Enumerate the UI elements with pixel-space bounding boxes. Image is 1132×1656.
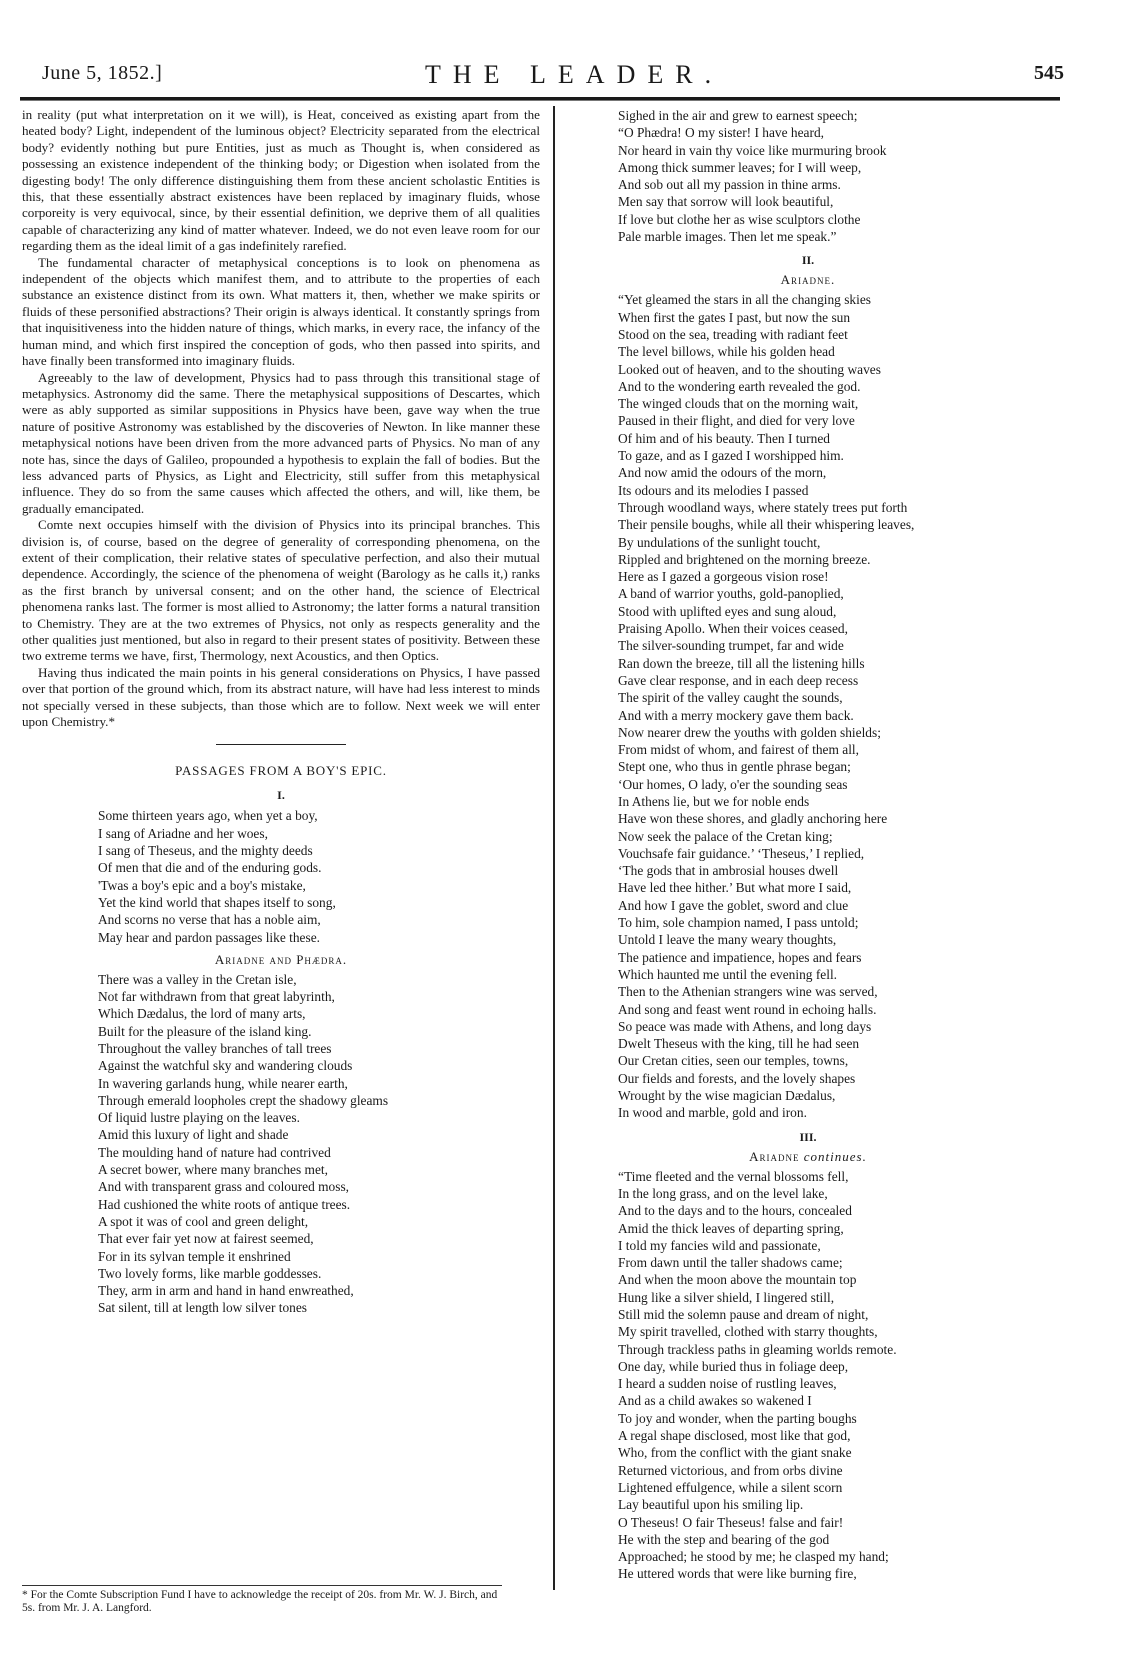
poem-line: I heard a sudden noise of rustling leave… bbox=[618, 1375, 1038, 1392]
poem-line: Lightened effulgence, while a silent sco… bbox=[618, 1479, 1038, 1496]
poem-subtitle: Ariadne and Phædra. bbox=[22, 952, 540, 968]
poem-line: Dwelt Theseus with the king, till he had… bbox=[618, 1035, 1038, 1052]
poem-line: My spirit travelled, clothed with starry… bbox=[618, 1323, 1038, 1340]
poem-stanza: “Yet gleamed the stars in all the changi… bbox=[618, 291, 1038, 1121]
poem-line: Of men that die and of the enduring gods… bbox=[98, 859, 540, 876]
poem-line: Still mid the solemn pause and dream of … bbox=[618, 1306, 1038, 1323]
poem-line: And sob out all my passion in thine arms… bbox=[618, 176, 1038, 193]
poem-line: There was a valley in the Cretan isle, bbox=[98, 971, 540, 988]
poem-line: Which haunted me until the evening fell. bbox=[618, 966, 1038, 983]
paragraph: in reality (put what interpretation on i… bbox=[22, 107, 540, 255]
poem-line: Untold I leave the many weary thoughts, bbox=[618, 931, 1038, 948]
poem-line: Their pensile boughs, while all their wh… bbox=[618, 516, 1038, 533]
poem-line: Amid the thick leaves of departing sprin… bbox=[618, 1220, 1038, 1237]
poem-line: Built for the pleasure of the island kin… bbox=[98, 1023, 540, 1040]
subtitle-main: Ariadne bbox=[749, 1149, 799, 1164]
poem-line: Which Dædalus, the lord of many arts, bbox=[98, 1005, 540, 1022]
left-column: in reality (put what interpretation on i… bbox=[22, 107, 540, 1317]
poem-line: Then to the Athenian strangers wine was … bbox=[618, 983, 1038, 1000]
poem-line: If love but clothe her as wise sculptors… bbox=[618, 211, 1038, 228]
poem-stanza: “Time fleeted and the vernal blossoms fe… bbox=[618, 1168, 1038, 1583]
poem-line: In wavering garlands hung, while nearer … bbox=[98, 1075, 540, 1092]
footnote: * For the Comte Subscription Fund I have… bbox=[22, 1589, 502, 1615]
poem-line: I sang of Theseus, and the mighty deeds bbox=[98, 842, 540, 859]
poem-line: Now seek the palace of the Cretan king; bbox=[618, 828, 1038, 845]
poem-line: Its odours and its melodies I passed bbox=[618, 482, 1038, 499]
poem-subtitle: Ariadne. bbox=[598, 272, 1018, 288]
masthead: June 5, 1852.] THE LEADER. 545 bbox=[20, 62, 1060, 98]
poem-line: Through emerald loopholes crept the shad… bbox=[98, 1092, 540, 1109]
poem-line: Who, from the conflict with the giant sn… bbox=[618, 1444, 1038, 1461]
poem-stanza: Some thirteen years ago, when yet a boy,… bbox=[22, 807, 540, 945]
poem-line: And song and feast went round in echoing… bbox=[618, 1001, 1038, 1018]
poem-line: When first the gates I past, but now the… bbox=[618, 309, 1038, 326]
poem-line: Through trackless paths in gleaming worl… bbox=[618, 1341, 1038, 1358]
poem-line: Have led thee hither.’ But what more I s… bbox=[618, 879, 1038, 896]
poem-line: And as a child awakes so wakened I bbox=[618, 1392, 1038, 1409]
poem-line: Had cushioned the white roots of antique… bbox=[98, 1196, 540, 1213]
poem-title: PASSAGES FROM A BOY'S EPIC. bbox=[22, 763, 540, 779]
poem-stanza: Sighed in the air and grew to earnest sp… bbox=[618, 107, 1038, 245]
page-number: 545 bbox=[1034, 62, 1064, 85]
poem-line: So peace was made with Athens, and long … bbox=[618, 1018, 1038, 1035]
poem-line: And scorns no verse that has a noble aim… bbox=[98, 911, 540, 928]
poem-line: He with the step and bearing of the god bbox=[618, 1531, 1038, 1548]
poem-line: He uttered words that were like burning … bbox=[618, 1565, 1038, 1582]
poem-line: A regal shape disclosed, most like that … bbox=[618, 1427, 1038, 1444]
poem-line: Through woodland ways, where stately tre… bbox=[618, 499, 1038, 516]
poem-line: Men say that sorrow will look beautiful, bbox=[618, 193, 1038, 210]
poem-line: “Time fleeted and the vernal blossoms fe… bbox=[618, 1168, 1038, 1185]
poem-line: Stept one, who thus in gentle phrase beg… bbox=[618, 758, 1038, 775]
poem-line: To gaze, and as I gazed I worshipped him… bbox=[618, 447, 1038, 464]
poem-line: Lay beautiful upon his smiling lip. bbox=[618, 1496, 1038, 1513]
poem-line: They, arm in arm and hand in hand enwrea… bbox=[98, 1282, 540, 1299]
poem-line: Stood with uplifted eyes and sung aloud, bbox=[618, 603, 1038, 620]
poem-line: Not far withdrawn from that great labyri… bbox=[98, 988, 540, 1005]
poem-line: Sat silent, till at length low silver to… bbox=[98, 1299, 540, 1316]
poem-line: Vouchsafe fair guidance.’ ‘Theseus,’ I r… bbox=[618, 845, 1038, 862]
poem-line: Have won these shores, and gladly anchor… bbox=[618, 810, 1038, 827]
paragraph: Having thus indicated the main points in… bbox=[22, 665, 540, 731]
poem-line: Our fields and forests, and the lovely s… bbox=[618, 1070, 1038, 1087]
newspaper-title: THE LEADER. bbox=[425, 60, 723, 90]
poem-line: The winged clouds that on the morning wa… bbox=[618, 395, 1038, 412]
poem-line: Nor heard in vain thy voice like murmuri… bbox=[618, 142, 1038, 159]
poem-line: Hung like a silver shield, I lingered st… bbox=[618, 1289, 1038, 1306]
subtitle-italic: continues. bbox=[804, 1149, 867, 1164]
poem-line: And how I gave the goblet, sword and clu… bbox=[618, 897, 1038, 914]
poem-line: Wrought by the wise magician Dædalus, bbox=[618, 1087, 1038, 1104]
issue-date: June 5, 1852.] bbox=[42, 62, 162, 85]
poem-line: From dawn until the taller shadows came; bbox=[618, 1254, 1038, 1271]
poem-line: Our Cretan cities, seen our temples, tow… bbox=[618, 1052, 1038, 1069]
poem-line: Throughout the valley branches of tall t… bbox=[98, 1040, 540, 1057]
section-divider bbox=[216, 744, 346, 745]
poem-line: To him, sole champion named, I pass unto… bbox=[618, 914, 1038, 931]
poem-line: For in its sylvan temple it enshrined bbox=[98, 1248, 540, 1265]
poem-line: Amid this luxury of light and shade bbox=[98, 1126, 540, 1143]
poem-line: And to the days and to the hours, concea… bbox=[618, 1202, 1038, 1219]
poem-line: Yet the kind world that shapes itself to… bbox=[98, 894, 540, 911]
poem-line: Praising Apollo. When their voices cease… bbox=[618, 620, 1038, 637]
poem-line: I sang of Ariadne and her woes, bbox=[98, 825, 540, 842]
poem-line: The level billows, while his golden head bbox=[618, 343, 1038, 360]
poem-subtitle: Ariadne continues. bbox=[598, 1149, 1018, 1165]
poem-line: By undulations of the sunlight toucht, bbox=[618, 534, 1038, 551]
poem-line: The silver-sounding trumpet, far and wid… bbox=[618, 637, 1038, 654]
poem-line: The patience and impatience, hopes and f… bbox=[618, 949, 1038, 966]
poem-line: Some thirteen years ago, when yet a boy, bbox=[98, 807, 540, 824]
right-column: Sighed in the air and grew to earnest sp… bbox=[618, 107, 1038, 1583]
poem-line: O Theseus! O fair Theseus! false and fai… bbox=[618, 1514, 1038, 1531]
poem-line: 'Twas a boy's epic and a boy's mistake, bbox=[98, 877, 540, 894]
poem-line: In wood and marble, gold and iron. bbox=[618, 1104, 1038, 1121]
poem-line: And now amid the odours of the morn, bbox=[618, 464, 1038, 481]
poem-line: Pale marble images. Then let me speak.” bbox=[618, 228, 1038, 245]
poem-line: Two lovely forms, like marble goddesses. bbox=[98, 1265, 540, 1282]
poem-line: Sighed in the air and grew to earnest sp… bbox=[618, 107, 1038, 124]
paragraph: Comte next occupies himself with the div… bbox=[22, 517, 540, 665]
part-number: III. bbox=[598, 1130, 1018, 1145]
poem-line: “O Phædra! O my sister! I have heard, bbox=[618, 124, 1038, 141]
poem-line: Stood on the sea, treading with radiant … bbox=[618, 326, 1038, 343]
poem-line: From midst of whom, and fairest of them … bbox=[618, 741, 1038, 758]
part-number: I. bbox=[22, 788, 540, 803]
part-number: II. bbox=[598, 253, 1018, 268]
paragraph: The fundamental character of metaphysica… bbox=[22, 255, 540, 370]
poem-line: “Yet gleamed the stars in all the changi… bbox=[618, 291, 1038, 308]
poem-line: Paused in their flight, and died for ver… bbox=[618, 412, 1038, 429]
poem-line: Returned victorious, and from orbs divin… bbox=[618, 1462, 1038, 1479]
poem-line: Approached; he stood by me; he clasped m… bbox=[618, 1548, 1038, 1565]
poem-line: Gave clear response, and in each deep re… bbox=[618, 672, 1038, 689]
poem-line: In Athens lie, but we for noble ends bbox=[618, 793, 1038, 810]
poem-line: A band of warrior youths, gold-panoplied… bbox=[618, 585, 1038, 602]
column-divider bbox=[553, 106, 555, 1590]
poem-line: May hear and pardon passages like these. bbox=[98, 929, 540, 946]
poem-line: ‘The gods that in ambrosial houses dwell bbox=[618, 862, 1038, 879]
poem-line: And to the wondering earth revealed the … bbox=[618, 378, 1038, 395]
article-body: in reality (put what interpretation on i… bbox=[22, 107, 540, 730]
poem-line: The spirit of the valley caught the soun… bbox=[618, 689, 1038, 706]
poem-line: Here as I gazed a gorgeous vision rose! bbox=[618, 568, 1038, 585]
poem-line: Looked out of heaven, and to the shoutin… bbox=[618, 361, 1038, 378]
poem-line: In the long grass, and on the level lake… bbox=[618, 1185, 1038, 1202]
paragraph: Agreeably to the law of development, Phy… bbox=[22, 370, 540, 518]
poem-line: And with a merry mockery gave them back. bbox=[618, 707, 1038, 724]
poem-line: One day, while buried thus in foliage de… bbox=[618, 1358, 1038, 1375]
poem-line: Of liquid lustre playing on the leaves. bbox=[98, 1109, 540, 1126]
poem-line: And with transparent grass and coloured … bbox=[98, 1178, 540, 1195]
poem-line: Now nearer drew the youths with golden s… bbox=[618, 724, 1038, 741]
masthead-rule bbox=[20, 97, 1060, 101]
poem-line: Against the watchful sky and wandering c… bbox=[98, 1057, 540, 1074]
poem-line: And when the moon above the mountain top bbox=[618, 1271, 1038, 1288]
newspaper-page: June 5, 1852.] THE LEADER. 545 in realit… bbox=[0, 0, 1132, 1656]
poem-line: ‘Our homes, O lady, o'er the sounding se… bbox=[618, 776, 1038, 793]
poem-line: I told my fancies wild and passionate, bbox=[618, 1237, 1038, 1254]
footnote-rule bbox=[22, 1585, 502, 1586]
poem-line: Among thick summer leaves; for I will we… bbox=[618, 159, 1038, 176]
poem-line: That ever fair yet now at fairest seemed… bbox=[98, 1230, 540, 1247]
poem-line: The moulding hand of nature had contrive… bbox=[98, 1144, 540, 1161]
poem-line: Rippled and brightened on the morning br… bbox=[618, 551, 1038, 568]
poem-line: A secret bower, where many branches met, bbox=[98, 1161, 540, 1178]
poem-line: Of him and of his beauty. Then I turned bbox=[618, 430, 1038, 447]
poem-stanza: There was a valley in the Cretan isle, N… bbox=[22, 971, 540, 1317]
poem-line: Ran down the breeze, till all the listen… bbox=[618, 655, 1038, 672]
poem-line: A spot it was of cool and green delight, bbox=[98, 1213, 540, 1230]
poem-line: To joy and wonder, when the parting boug… bbox=[618, 1410, 1038, 1427]
